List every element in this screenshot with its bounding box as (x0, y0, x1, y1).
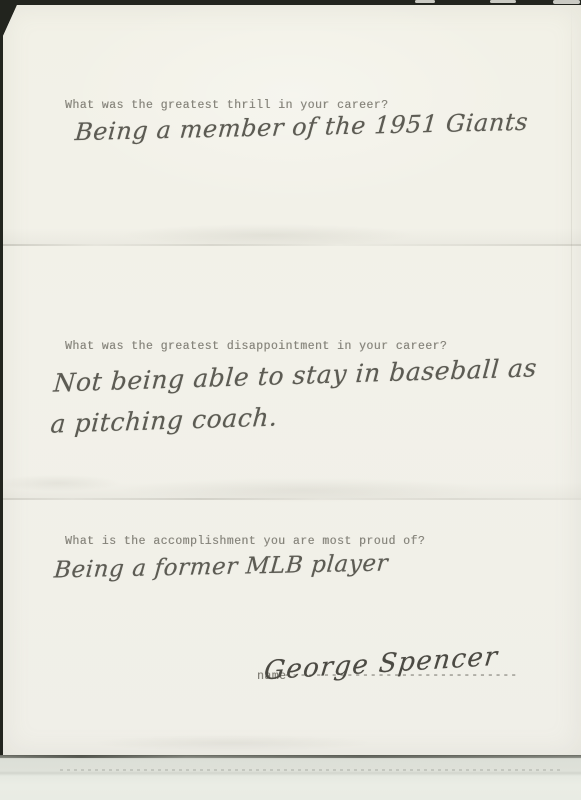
scan-artifact (415, 0, 435, 3)
answer-greatest-thrill: Being a member of the 1951 Giants (74, 108, 529, 146)
answer-greatest-disappointment: Not being able to stay in baseball as a … (49, 347, 538, 444)
fold-crease-bottom (3, 498, 581, 500)
answer-proudest-accomplishment: Being a former MLB player (53, 550, 389, 583)
scanner-bed-bottom (0, 755, 581, 800)
scanned-questionnaire: What was the greatest thrill in your car… (0, 0, 581, 800)
question-proudest-accomplishment: What is the accomplishment you are most … (65, 536, 425, 548)
scan-artifact (490, 0, 516, 3)
edge-crease (571, 5, 572, 475)
paper-sheet: What was the greatest thrill in your car… (3, 5, 581, 755)
scan-artifact (553, 0, 580, 4)
question-greatest-thrill: What was the greatest thrill in your car… (65, 100, 388, 112)
fold-crease-top (3, 244, 581, 246)
